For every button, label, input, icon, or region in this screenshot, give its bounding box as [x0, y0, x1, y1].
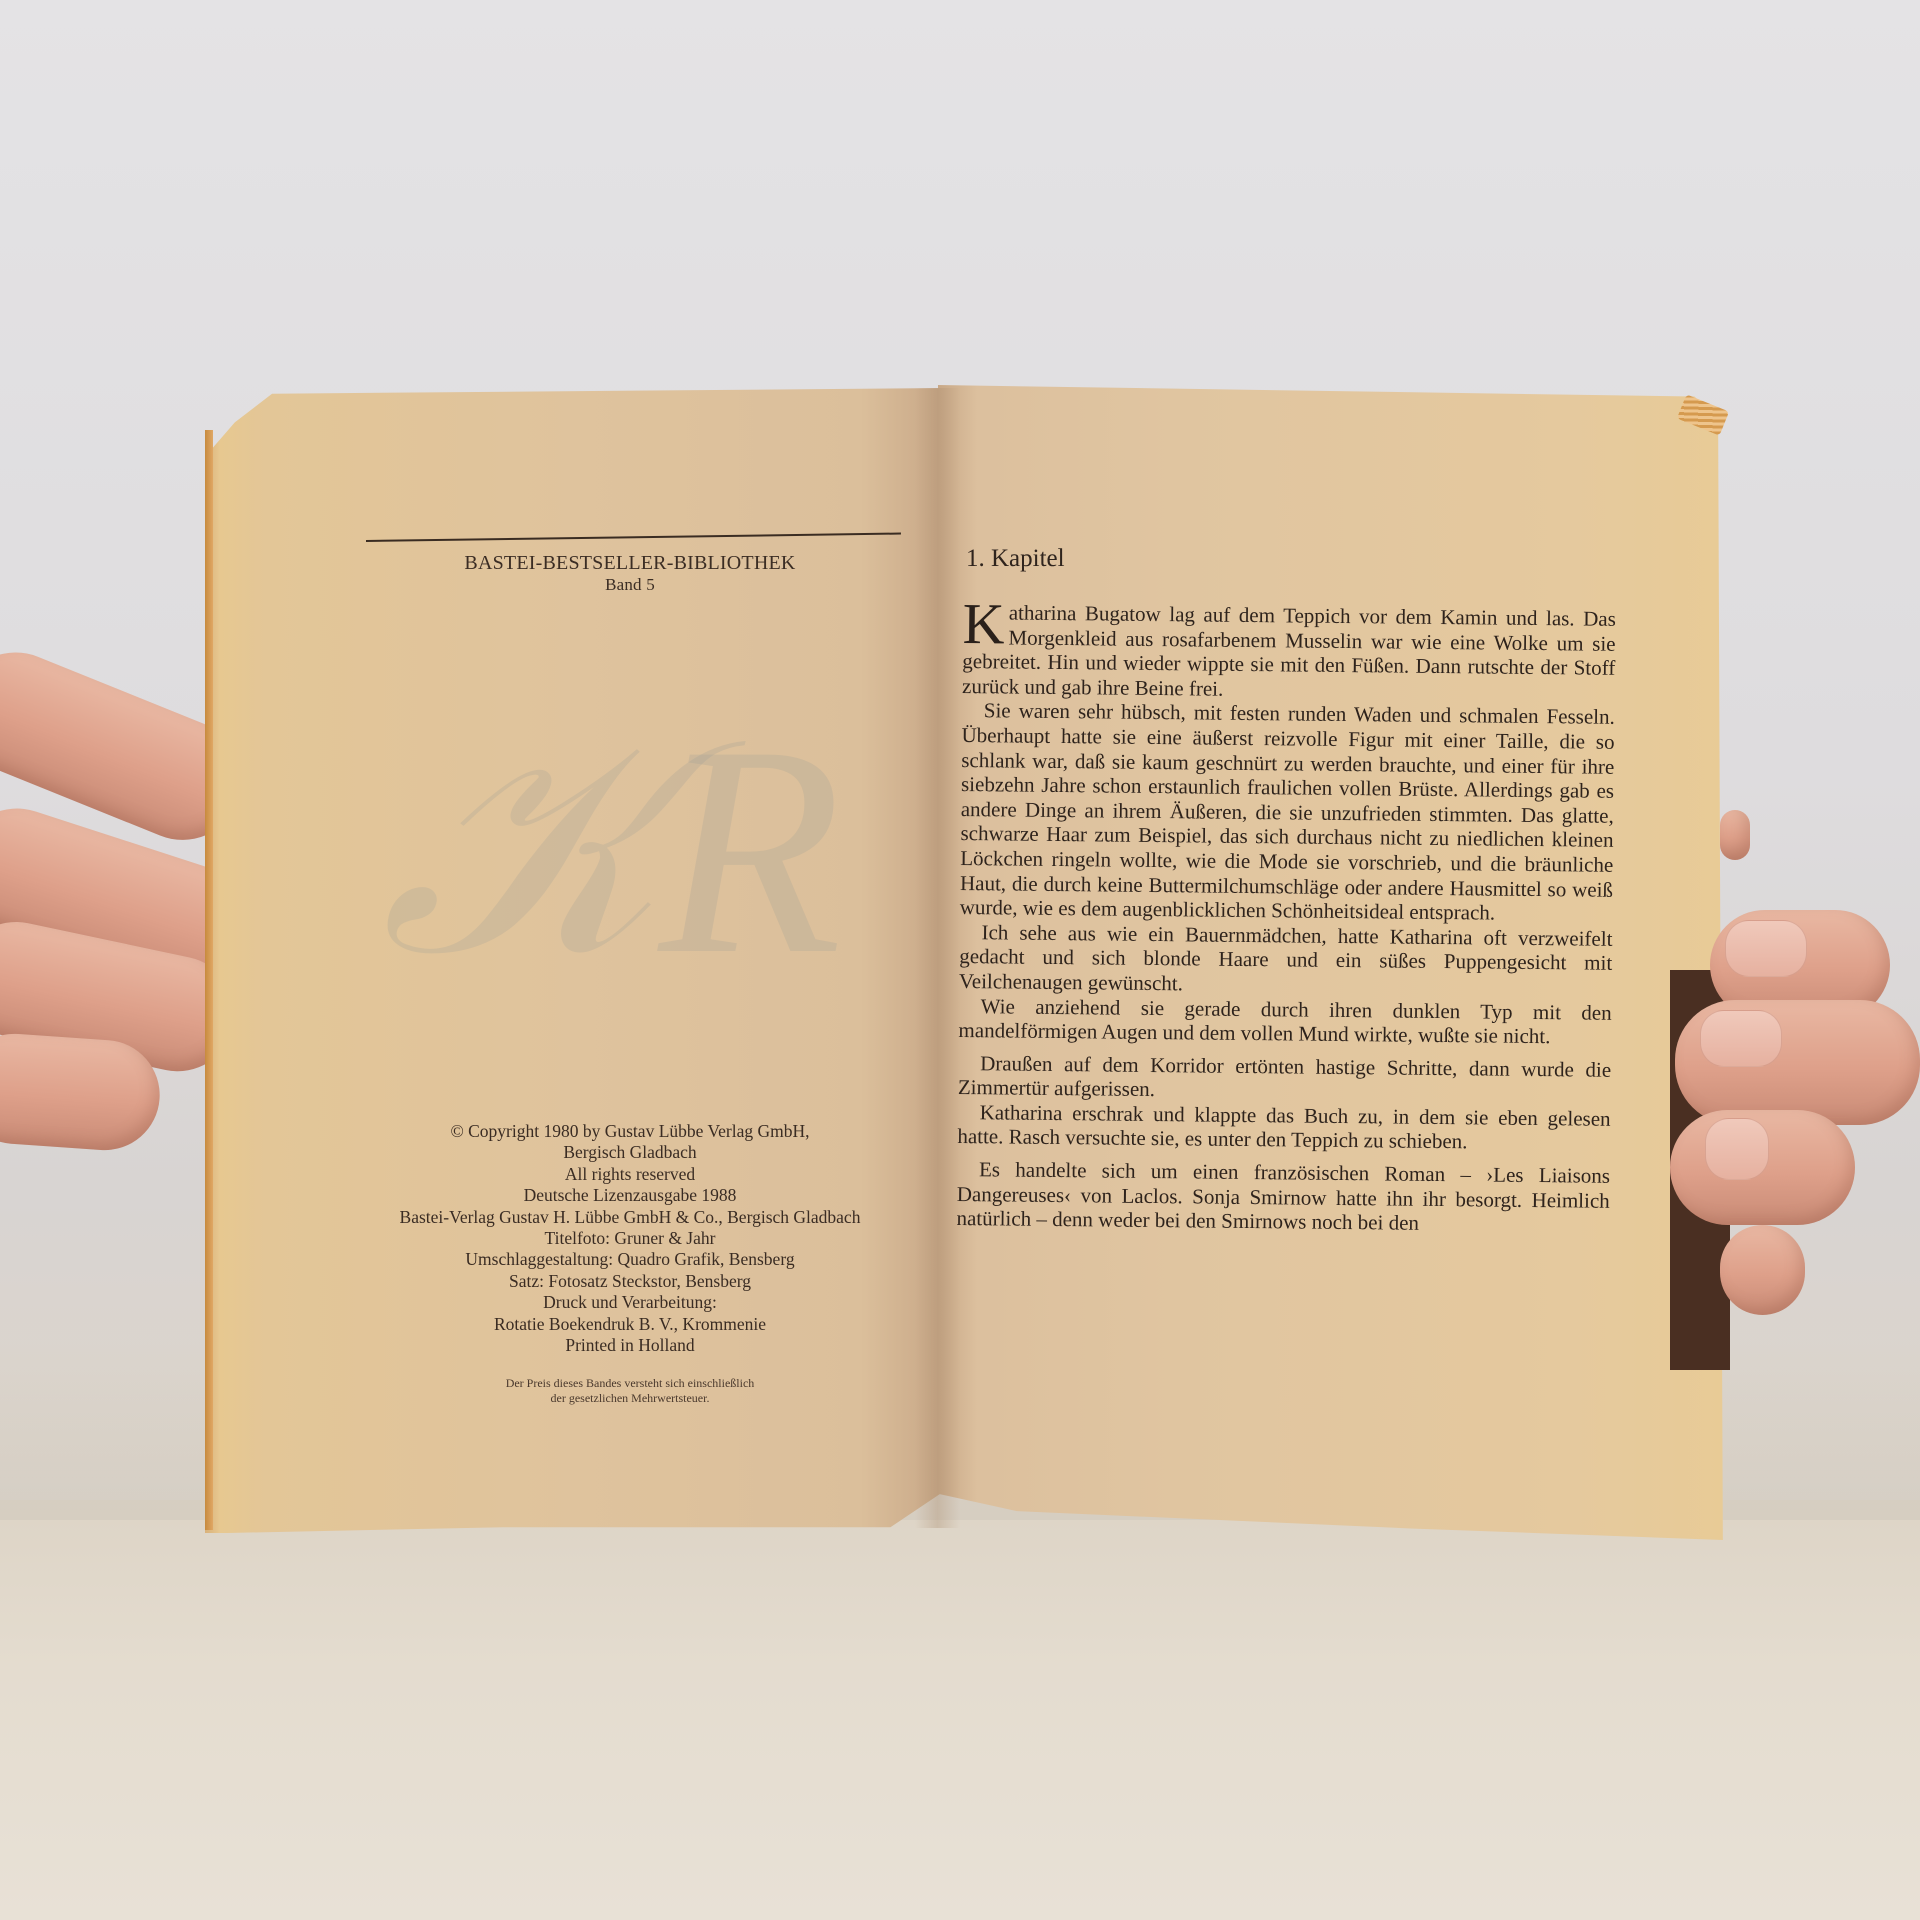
paragraph: Sie waren sehr hübsch, mit festen runden…: [960, 698, 1615, 926]
imprint-line: Rotatie Boekendruk B. V., Krommenie: [360, 1314, 900, 1335]
imprint-line: Druck und Verarbeitung:: [360, 1292, 900, 1313]
paragraph: Katharina erschrak und klappte das Buch …: [957, 1100, 1610, 1156]
imprint-line: Bergisch Gladbach: [360, 1142, 900, 1163]
price-note: Der Preis dieses Bandes versteht sich ei…: [440, 1376, 820, 1406]
series-volume: Band 5: [420, 575, 840, 595]
series-header: BASTEI-BESTSELLER-BIBLIOTHEK Band 5: [420, 552, 840, 595]
paragraph: Es handelte sich um einen französischen …: [956, 1157, 1610, 1238]
price-note-line: der gesetzlichen Mehrwertsteuer.: [440, 1391, 820, 1406]
chapter-body: Katharina Bugatow lag auf dem Teppich vo…: [956, 600, 1616, 1238]
imprint-line: Umschlaggestaltung: Quadro Grafik, Bensb…: [360, 1249, 900, 1270]
right-hand: [1670, 800, 1920, 1440]
chapter-heading: 1. Kapitel: [966, 545, 1065, 573]
imprint-line: Printed in Holland: [360, 1335, 900, 1356]
imprint-line: Titelfoto: Gruner & Jahr: [360, 1228, 900, 1249]
open-book: 𝒦R BASTEI-BESTSELLER-BIBLIOTHEK Band 5 ©…: [0, 0, 1920, 1920]
paragraph: Ich sehe aus wie ein Bauernmädchen, hatt…: [959, 920, 1613, 1001]
paragraph: Wie anziehend sie gerade durch ihren dun…: [958, 993, 1611, 1049]
imprint-line: All rights reserved: [360, 1164, 900, 1185]
page-edge: [205, 430, 213, 1530]
imprint-line: Satz: Fotosatz Steckstor, Bensberg: [360, 1271, 900, 1292]
price-note-line: Der Preis dieses Bandes versteht sich ei…: [440, 1376, 820, 1391]
imprint-line: Deutsche Lizenzausgabe 1988: [360, 1185, 900, 1206]
spine-gutter: [915, 388, 960, 1528]
imprint-line: Bastei-Verlag Gustav H. Lübbe GmbH & Co.…: [360, 1207, 900, 1228]
series-title: BASTEI-BESTSELLER-BIBLIOTHEK: [464, 552, 795, 574]
show-through-print: 𝒦R: [380, 700, 900, 1080]
imprint-block: © Copyright 1980 by Gustav Lübbe Verlag …: [360, 1121, 900, 1356]
paragraph: Draußen auf dem Korridor ertönten hastig…: [958, 1051, 1611, 1107]
paragraph: Katharina Bugatow lag auf dem Teppich vo…: [962, 600, 1616, 705]
drop-cap: K: [963, 602, 1005, 646]
imprint-line: © Copyright 1980 by Gustav Lübbe Verlag …: [360, 1121, 900, 1142]
